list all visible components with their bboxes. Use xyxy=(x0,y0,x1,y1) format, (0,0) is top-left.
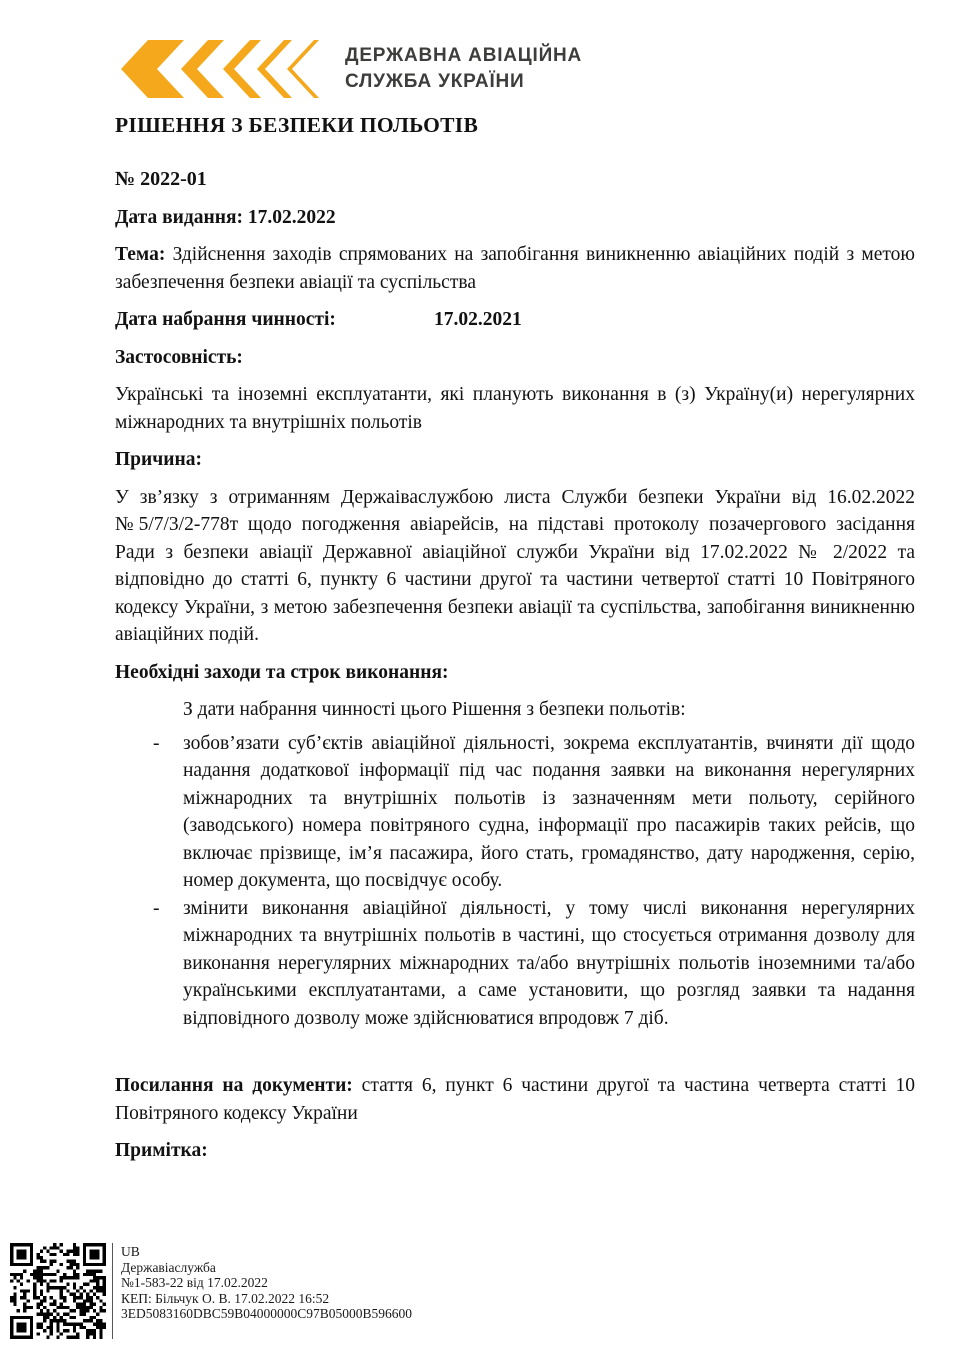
effective-date-value: 17.02.2021 xyxy=(434,309,522,330)
agency-logo: ДЕРЖАВНА АВІАЦІЙНА СЛУЖБА УКРАЇНИ xyxy=(115,40,915,98)
document-content: ДЕРЖАВНА АВІАЦІЙНА СЛУЖБА УКРАЇНИ РІШЕНН… xyxy=(0,0,960,1165)
measures-list: зобов’язати суб’єктів авіаційної діяльно… xyxy=(115,730,915,1033)
topic-paragraph: Тема: Здійснення заходів спрямованих на … xyxy=(115,241,915,296)
stamp-line-org: Державіаслужба xyxy=(121,1260,412,1276)
stamp-line-regnumber: №1-583-22 від 17.02.2022 xyxy=(121,1275,412,1291)
measures-item: зобов’язати суб’єктів авіаційної діяльно… xyxy=(183,730,915,895)
signature-stamp: UB Державіаслужба №1-583-22 від 17.02.20… xyxy=(10,1243,412,1339)
references-label: Посилання на документи: xyxy=(115,1075,353,1096)
references-paragraph: Посилання на документи: стаття 6, пункт … xyxy=(115,1072,915,1127)
agency-name-line2: СЛУЖБА УКРАЇНИ xyxy=(345,69,582,95)
note-label: Примітка: xyxy=(115,1137,915,1165)
reason-label: Причина: xyxy=(115,446,915,474)
effective-date-line: Дата набрання чинності:17.02.2021 xyxy=(115,306,915,334)
document-page: ДЕРЖАВНА АВІАЦІЙНА СЛУЖБА УКРАЇНИ РІШЕНН… xyxy=(0,0,960,1357)
blank-gap xyxy=(115,1032,915,1062)
qr-code-icon xyxy=(10,1243,106,1339)
topic-label: Тема: xyxy=(115,244,165,265)
stamp-line-cert-hash: 3ED5083160DBC59B04000000C97B05000B596600 xyxy=(121,1306,412,1322)
measures-item: змінити виконання авіаційної діяльності,… xyxy=(183,895,915,1033)
stamp-line-country: UB xyxy=(121,1244,412,1260)
effective-date-label: Дата набрання чинності: xyxy=(115,309,336,330)
stamp-text-block: UB Державіаслужба №1-583-22 від 17.02.20… xyxy=(112,1243,412,1339)
stamp-line-signer: КЕП: Більчук О. В. 17.02.2022 16:52 xyxy=(121,1291,412,1307)
document-number: № 2022-01 xyxy=(115,166,915,194)
chevrons-logo-icon xyxy=(115,40,327,98)
document-title: РІШЕННЯ З БЕЗПЕКИ ПОЛЬОТІВ xyxy=(115,113,915,138)
reason-text: У зв’язку з отриманням Держаіваслужбою л… xyxy=(115,484,915,649)
agency-name-line1: ДЕРЖАВНА АВІАЦІЙНА xyxy=(345,43,582,69)
applicability-text: Українські та іноземні експлуатанти, які… xyxy=(115,381,915,436)
issue-date-line: Дата видання: 17.02.2022 xyxy=(115,204,915,232)
measures-intro: З дати набрання чинності цього Рішення з… xyxy=(115,696,915,724)
topic-text: Здійснення заходів спрямованих на запобі… xyxy=(115,244,915,293)
agency-name: ДЕРЖАВНА АВІАЦІЙНА СЛУЖБА УКРАЇНИ xyxy=(345,43,582,94)
applicability-label: Застосовність: xyxy=(115,344,915,372)
measures-label: Необхідні заходи та строк виконання: xyxy=(115,659,915,687)
